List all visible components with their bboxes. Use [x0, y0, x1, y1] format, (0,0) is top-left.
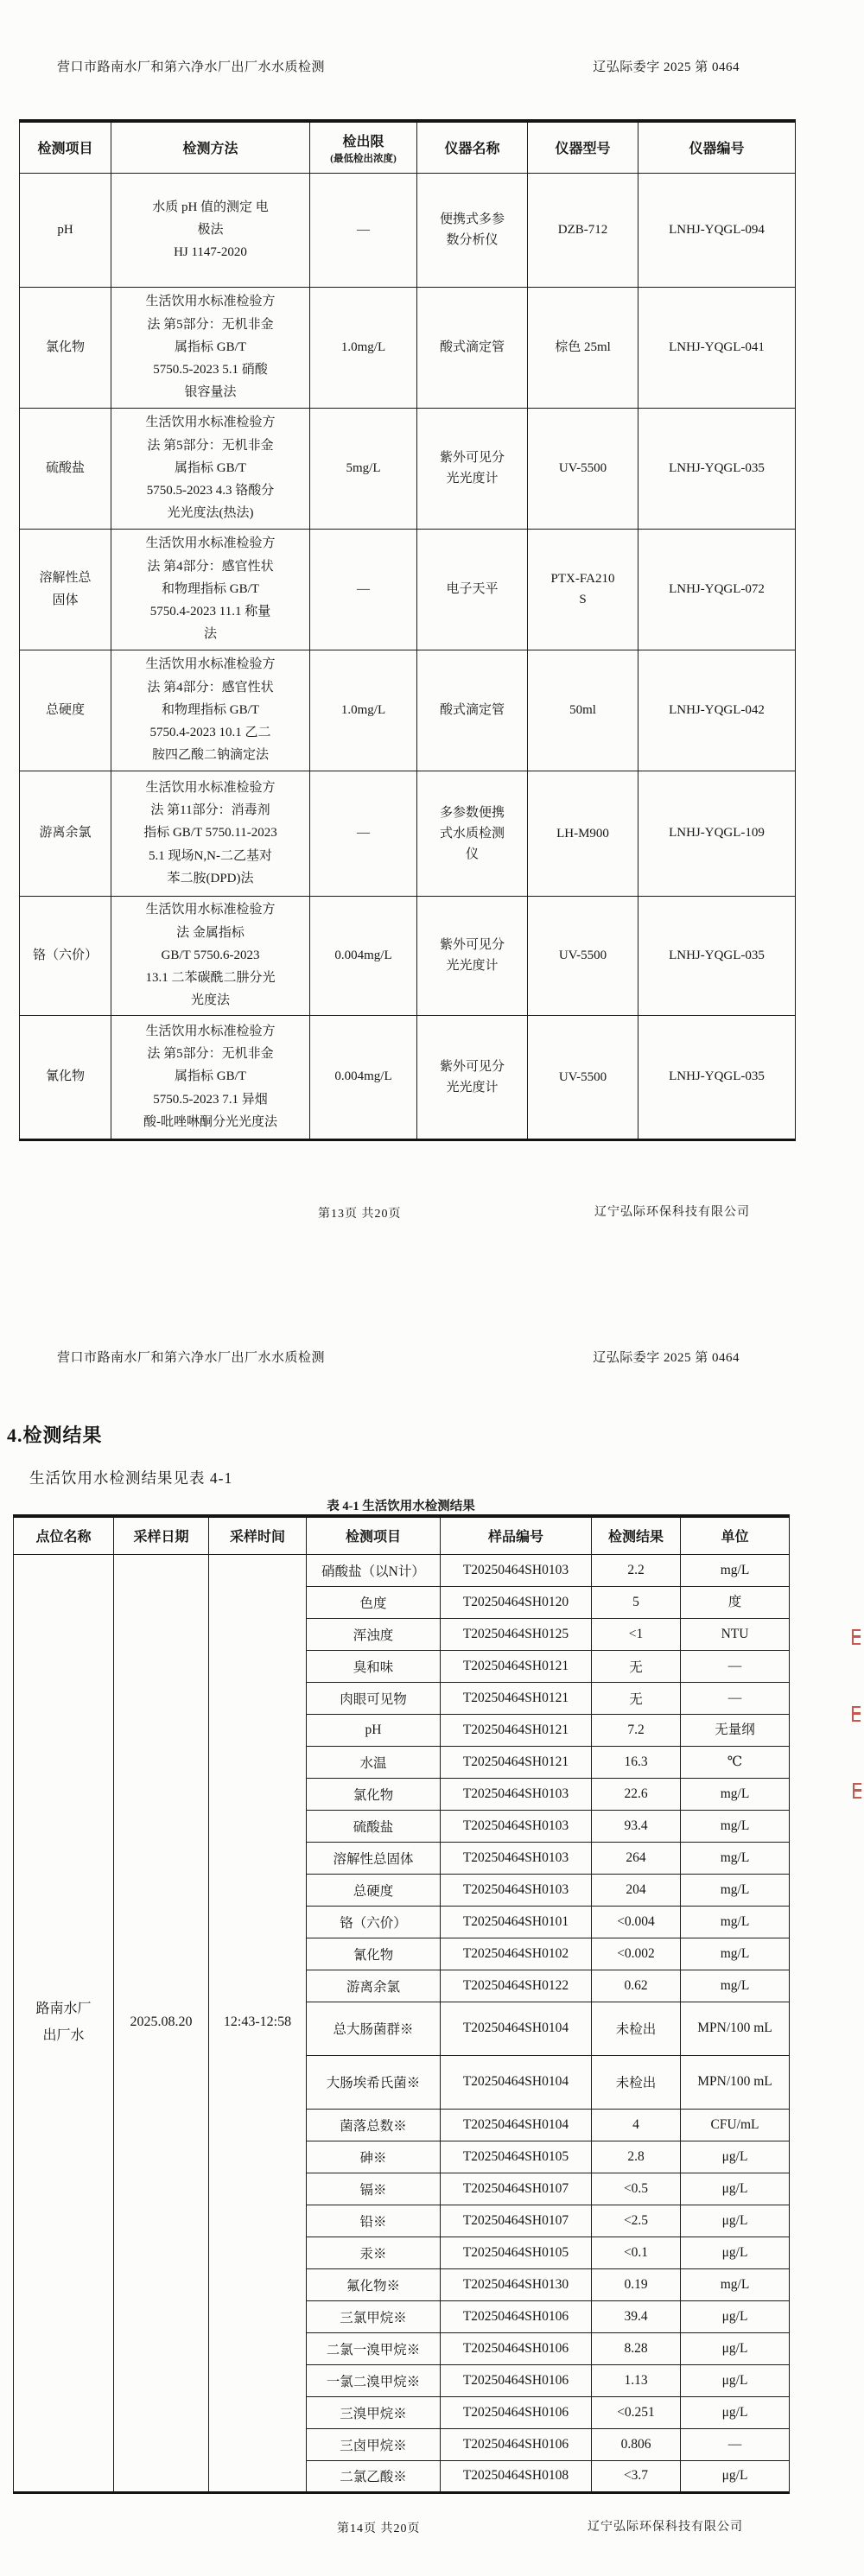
- table-caption: 表 4-1 生活饮用水检测结果: [13, 1496, 789, 1514]
- serial-cell: LNHJ-YQGL-109: [638, 771, 796, 896]
- unit-cell: 无量纲: [681, 1714, 790, 1746]
- result-item-cell: 二氯乙酸※: [307, 2460, 441, 2492]
- result-value-cell: 未检出: [592, 2002, 681, 2055]
- limit-subtitle: (最低检出浓度): [314, 151, 413, 165]
- sample-number-cell: T20250464SH0108: [441, 2460, 592, 2492]
- sample-number-cell: T20250464SH0106: [441, 2332, 592, 2364]
- result-item-cell: 汞※: [307, 2237, 441, 2268]
- unit-cell: μg/L: [681, 2237, 790, 2268]
- item-cell: 游离余氯: [20, 771, 111, 896]
- col-header-date: 采样日期: [114, 1516, 209, 1554]
- col-header-serial: 仪器编号: [638, 121, 796, 173]
- sample-number-cell: T20250464SH0106: [441, 2428, 592, 2460]
- model-cell: LH-M900: [528, 771, 638, 896]
- sample-number-cell: T20250464SH0107: [441, 2173, 592, 2205]
- instrument-cell: 酸式滴定管: [417, 650, 528, 771]
- limit-cell: 0.004mg/L: [310, 896, 417, 1015]
- result-value-cell: 0.806: [592, 2428, 681, 2460]
- col-header-item: 检测项目: [307, 1516, 441, 1554]
- doc-title: 营口市路南水厂和第六净水厂出厂水水质检测: [57, 57, 325, 75]
- sample-number-cell: T20250464SH0103: [441, 1810, 592, 1842]
- result-value-cell: <0.251: [592, 2396, 681, 2428]
- sample-time-cell: 12:43-12:58: [209, 1554, 307, 2492]
- item-cell: 总硬度: [20, 650, 111, 771]
- sample-number-cell: T20250464SH0121: [441, 1682, 592, 1714]
- unit-cell: mg/L: [681, 1810, 790, 1842]
- result-value-cell: 未检出: [592, 2055, 681, 2109]
- unit-cell: μg/L: [681, 2300, 790, 2332]
- unit-cell: mg/L: [681, 2268, 790, 2300]
- instrument-table-row: 硫酸盐 生活饮用水标准检验方 法 第5部分：无机非金 属指标 GB/T 5750…: [20, 408, 796, 529]
- serial-cell: LNHJ-YQGL-041: [638, 287, 796, 408]
- sample-number-cell: T20250464SH0103: [441, 1778, 592, 1810]
- result-value-cell: <0.004: [592, 1906, 681, 1938]
- limit-cell: —: [310, 771, 417, 896]
- instrument-table-row: 游离余氯 生活饮用水标准检验方 法 第11部分：消毒剂 指标 GB/T 5750…: [20, 771, 796, 896]
- result-item-cell: 总硬度: [307, 1874, 441, 1906]
- t2-header-row: 点位名称 采样日期 采样时间 检测项目 样品编号 检测结果 单位: [14, 1516, 790, 1554]
- col-header-unit: 单位: [681, 1516, 790, 1554]
- unit-cell: 度: [681, 1586, 790, 1618]
- result-value-cell: 5: [592, 1586, 681, 1618]
- result-value-cell: 0.62: [592, 1970, 681, 2002]
- sample-number-cell: T20250464SH0103: [441, 1554, 592, 1586]
- result-item-cell: 硝酸盐（以N计）: [307, 1554, 441, 1586]
- sample-number-cell: T20250464SH0121: [441, 1650, 592, 1682]
- result-value-cell: 7.2: [592, 1714, 681, 1746]
- model-cell: UV-5500: [528, 1015, 638, 1139]
- result-item-cell: 菌落总数※: [307, 2109, 441, 2141]
- unit-cell: mg/L: [681, 1938, 790, 1970]
- method-cell: 生活饮用水标准检验方 法 第5部分：无机非金 属指标 GB/T 5750.5-2…: [111, 287, 310, 408]
- unit-cell: —: [681, 1650, 790, 1682]
- result-value-cell: <0.1: [592, 2237, 681, 2268]
- model-cell: UV-5500: [528, 896, 638, 1015]
- serial-cell: LNHJ-YQGL-035: [638, 408, 796, 529]
- instrument-table-row: 总硬度 生活饮用水标准检验方 法 第4部分：感官性状 和物理指标 GB/T 57…: [20, 650, 796, 771]
- unit-cell: μg/L: [681, 2141, 790, 2173]
- result-item-cell: 二氯一溴甲烷※: [307, 2332, 441, 2364]
- col-header-instrument: 仪器名称: [417, 121, 528, 173]
- result-value-cell: 2.8: [592, 2141, 681, 2173]
- red-seal-fragment: [852, 1629, 861, 1645]
- result-value-cell: <2.5: [592, 2205, 681, 2237]
- col-header-limit: 检出限 (最低检出浓度): [310, 121, 417, 173]
- result-item-cell: 三卤甲烷※: [307, 2428, 441, 2460]
- page1-company-name: 辽宁弘际环保科技有限公司: [594, 1202, 750, 1220]
- unit-cell: μg/L: [681, 2205, 790, 2237]
- item-cell: 氯化物: [20, 287, 111, 408]
- sample-number-cell: T20250464SH0104: [441, 2055, 592, 2109]
- model-cell: PTX-FA210 S: [528, 529, 638, 650]
- result-item-cell: 镉※: [307, 2173, 441, 2205]
- sample-number-cell: T20250464SH0106: [441, 2364, 592, 2396]
- model-cell: 棕色 25ml: [528, 287, 638, 408]
- unit-cell: ℃: [681, 1746, 790, 1778]
- unit-cell: —: [681, 1682, 790, 1714]
- instrument-cell: 紫外可见分 光光度计: [417, 1015, 528, 1139]
- unit-cell: mg/L: [681, 1842, 790, 1874]
- result-value-cell: <1: [592, 1618, 681, 1650]
- unit-cell: MPN/100 mL: [681, 2002, 790, 2055]
- serial-cell: LNHJ-YQGL-035: [638, 1015, 796, 1139]
- page1-header: 营口市路南水厂和第六净水厂出厂水水质检测 辽弘际委字 2025 第 0464: [57, 57, 740, 75]
- sample-number-cell: T20250464SH0120: [441, 1586, 592, 1618]
- serial-cell: LNHJ-YQGL-072: [638, 529, 796, 650]
- result-item-cell: 游离余氯: [307, 1970, 441, 2002]
- sample-number-cell: T20250464SH0130: [441, 2268, 592, 2300]
- page1-page-number: 第13页 共20页: [318, 1204, 402, 1221]
- method-cell: 生活饮用水标准检验方 法 金属指标 GB/T 5750.6-2023 13.1 …: [111, 896, 310, 1015]
- section-title: 4.检测结果: [7, 1421, 103, 1448]
- instrument-cell: 紫外可见分 光光度计: [417, 896, 528, 1015]
- result-item-cell: 铬（六价）: [307, 1906, 441, 1938]
- item-cell: 氰化物: [20, 1015, 111, 1139]
- sample-date-cell: 2025.08.20: [114, 1554, 209, 2492]
- unit-cell: μg/L: [681, 2460, 790, 2492]
- sample-number-cell: T20250464SH0106: [441, 2300, 592, 2332]
- instrument-cell: 紫外可见分 光光度计: [417, 408, 528, 529]
- unit-cell: μg/L: [681, 2364, 790, 2396]
- result-item-cell: 铅※: [307, 2205, 441, 2237]
- method-cell: 生活饮用水标准检验方 法 第5部分：无机非金 属指标 GB/T 5750.5-2…: [111, 1015, 310, 1139]
- serial-cell: LNHJ-YQGL-042: [638, 650, 796, 771]
- serial-cell: LNHJ-YQGL-094: [638, 173, 796, 287]
- result-value-cell: 22.6: [592, 1778, 681, 1810]
- unit-cell: mg/L: [681, 1778, 790, 1810]
- instrument-cell: 酸式滴定管: [417, 287, 528, 408]
- col-header-site: 点位名称: [14, 1516, 114, 1554]
- serial-cell: LNHJ-YQGL-035: [638, 896, 796, 1015]
- site-name-cell: 路南水厂 出厂水: [14, 1554, 114, 2492]
- t1-header-row: 检测项目 检测方法 检出限 (最低检出浓度) 仪器名称 仪器型号 仪器编号: [20, 121, 796, 173]
- limit-cell: 0.004mg/L: [310, 1015, 417, 1139]
- unit-cell: mg/L: [681, 1554, 790, 1586]
- unit-cell: CFU/mL: [681, 2109, 790, 2141]
- unit-cell: —: [681, 2428, 790, 2460]
- sample-number-cell: T20250464SH0106: [441, 2396, 592, 2428]
- sample-number-cell: T20250464SH0103: [441, 1842, 592, 1874]
- result-item-cell: 砷※: [307, 2141, 441, 2173]
- method-cell: 水质 pH 值的测定 电 极法 HJ 1147-2020: [111, 173, 310, 287]
- col-header-item: 检测项目: [20, 121, 111, 173]
- instrument-method-table: 检测项目 检测方法 检出限 (最低检出浓度) 仪器名称 仪器型号 仪器编号 pH…: [19, 119, 796, 1141]
- result-item-cell: 氟化物※: [307, 2268, 441, 2300]
- method-cell: 生活饮用水标准检验方 法 第4部分：感官性状 和物理指标 GB/T 5750.4…: [111, 650, 310, 771]
- method-cell: 生活饮用水标准检验方 法 第4部分：感官性状 和物理指标 GB/T 5750.4…: [111, 529, 310, 650]
- model-cell: DZB-712: [528, 173, 638, 287]
- result-value-cell: 1.13: [592, 2364, 681, 2396]
- unit-cell: μg/L: [681, 2332, 790, 2364]
- col-header-result: 检测结果: [592, 1516, 681, 1554]
- col-header-sample-no: 样品编号: [441, 1516, 592, 1554]
- result-value-cell: 2.2: [592, 1554, 681, 1586]
- result-item-cell: pH: [307, 1714, 441, 1746]
- sample-number-cell: T20250464SH0103: [441, 1874, 592, 1906]
- sample-number-cell: T20250464SH0102: [441, 1938, 592, 1970]
- instrument-table-row: 氯化物 生活饮用水标准检验方 法 第5部分：无机非金 属指标 GB/T 5750…: [20, 287, 796, 408]
- result-value-cell: 93.4: [592, 1810, 681, 1842]
- method-cell: 生活饮用水标准检验方 法 第5部分：无机非金 属指标 GB/T 5750.5-2…: [111, 408, 310, 529]
- sample-number-cell: T20250464SH0104: [441, 2002, 592, 2055]
- unit-cell: μg/L: [681, 2173, 790, 2205]
- result-item-cell: 一氯二溴甲烷※: [307, 2364, 441, 2396]
- result-value-cell: 0.19: [592, 2268, 681, 2300]
- intro-line: 生活饮用水检测结果见表 4-1: [29, 1467, 232, 1488]
- result-item-cell: 硫酸盐: [307, 1810, 441, 1842]
- page2-header: 营口市路南水厂和第六净水厂出厂水水质检测 辽弘际委字 2025 第 0464: [57, 1348, 740, 1366]
- result-item-cell: 氰化物: [307, 1938, 441, 1970]
- instrument-table-row: pH 水质 pH 值的测定 电 极法 HJ 1147-2020 — 便携式多参 …: [20, 173, 796, 287]
- limit-cell: 1.0mg/L: [310, 650, 417, 771]
- instrument-cell: 电子天平: [417, 529, 528, 650]
- sample-number-cell: T20250464SH0107: [441, 2205, 592, 2237]
- limit-cell: 1.0mg/L: [310, 287, 417, 408]
- model-cell: UV-5500: [528, 408, 638, 529]
- result-value-cell: <0.002: [592, 1938, 681, 1970]
- instrument-table-row: 铬（六价） 生活饮用水标准检验方 法 金属指标 GB/T 5750.6-2023…: [20, 896, 796, 1015]
- result-item-cell: 肉眼可见物: [307, 1682, 441, 1714]
- sample-number-cell: T20250464SH0101: [441, 1906, 592, 1938]
- result-item-cell: 色度: [307, 1586, 441, 1618]
- instrument-table-row: 氰化物 生活饮用水标准检验方 法 第5部分：无机非金 属指标 GB/T 5750…: [20, 1015, 796, 1139]
- limit-cell: —: [310, 173, 417, 287]
- unit-cell: μg/L: [681, 2396, 790, 2428]
- col-header-model: 仪器型号: [528, 121, 638, 173]
- result-item-cell: 水温: [307, 1746, 441, 1778]
- result-value-cell: 264: [592, 1842, 681, 1874]
- result-value-cell: 204: [592, 1874, 681, 1906]
- instrument-cell: 便携式多参 数分析仪: [417, 173, 528, 287]
- method-cell: 生活饮用水标准检验方 法 第11部分：消毒剂 指标 GB/T 5750.11-2…: [111, 771, 310, 896]
- col-header-method: 检测方法: [111, 121, 310, 173]
- unit-cell: mg/L: [681, 1970, 790, 2002]
- sample-number-cell: T20250464SH0121: [441, 1714, 592, 1746]
- item-cell: pH: [20, 173, 111, 287]
- doc-title: 营口市路南水厂和第六净水厂出厂水水质检测: [57, 1348, 325, 1366]
- red-seal-fragment: [853, 1783, 861, 1799]
- doc-number: 辽弘际委字 2025 第 0464: [593, 57, 740, 75]
- result-value-cell: 8.28: [592, 2332, 681, 2364]
- sample-number-cell: T20250464SH0125: [441, 1618, 592, 1650]
- limit-cell: —: [310, 529, 417, 650]
- model-cell: 50ml: [528, 650, 638, 771]
- sample-number-cell: T20250464SH0105: [441, 2141, 592, 2173]
- result-value-cell: <0.5: [592, 2173, 681, 2205]
- sample-number-cell: T20250464SH0105: [441, 2237, 592, 2268]
- result-value-cell: 无: [592, 1650, 681, 1682]
- result-value-cell: <3.7: [592, 2460, 681, 2492]
- result-table-row: 路南水厂 出厂水2025.08.2012:43-12:58 硝酸盐（以N计） T…: [14, 1554, 790, 1586]
- result-item-cell: 臭和味: [307, 1650, 441, 1682]
- unit-cell: MPN/100 mL: [681, 2055, 790, 2109]
- result-value-cell: 无: [592, 1682, 681, 1714]
- result-item-cell: 浑浊度: [307, 1618, 441, 1650]
- sample-number-cell: T20250464SH0121: [441, 1746, 592, 1778]
- red-seal-fragment: [852, 1706, 861, 1722]
- limit-title: 检出限: [314, 130, 413, 150]
- unit-cell: NTU: [681, 1618, 790, 1650]
- unit-cell: mg/L: [681, 1906, 790, 1938]
- limit-cell: 5mg/L: [310, 408, 417, 529]
- result-item-cell: 总大肠菌群※: [307, 2002, 441, 2055]
- result-item-cell: 三氯甲烷※: [307, 2300, 441, 2332]
- col-header-time: 采样时间: [209, 1516, 307, 1554]
- sample-number-cell: T20250464SH0122: [441, 1970, 592, 2002]
- item-cell: 铬（六价）: [20, 896, 111, 1015]
- sample-number-cell: T20250464SH0104: [441, 2109, 592, 2141]
- result-item-cell: 溶解性总固体: [307, 1842, 441, 1874]
- instrument-cell: 多参数便携 式水质检测 仪: [417, 771, 528, 896]
- results-table: 点位名称 采样日期 采样时间 检测项目 样品编号 检测结果 单位 路南水厂 出厂…: [13, 1514, 790, 2494]
- result-item-cell: 三溴甲烷※: [307, 2396, 441, 2428]
- page2-page-number: 第14页 共20页: [337, 2519, 421, 2536]
- result-item-cell: 氯化物: [307, 1778, 441, 1810]
- unit-cell: mg/L: [681, 1874, 790, 1906]
- doc-number: 辽弘际委字 2025 第 0464: [593, 1348, 740, 1366]
- result-item-cell: 大肠埃希氏菌※: [307, 2055, 441, 2109]
- result-value-cell: 39.4: [592, 2300, 681, 2332]
- item-cell: 溶解性总 固体: [20, 529, 111, 650]
- page2-company-name: 辽宁弘际环保科技有限公司: [588, 2517, 743, 2535]
- item-cell: 硫酸盐: [20, 408, 111, 529]
- result-value-cell: 16.3: [592, 1746, 681, 1778]
- instrument-table-row: 溶解性总 固体 生活饮用水标准检验方 法 第4部分：感官性状 和物理指标 GB/…: [20, 529, 796, 650]
- result-value-cell: 4: [592, 2109, 681, 2141]
